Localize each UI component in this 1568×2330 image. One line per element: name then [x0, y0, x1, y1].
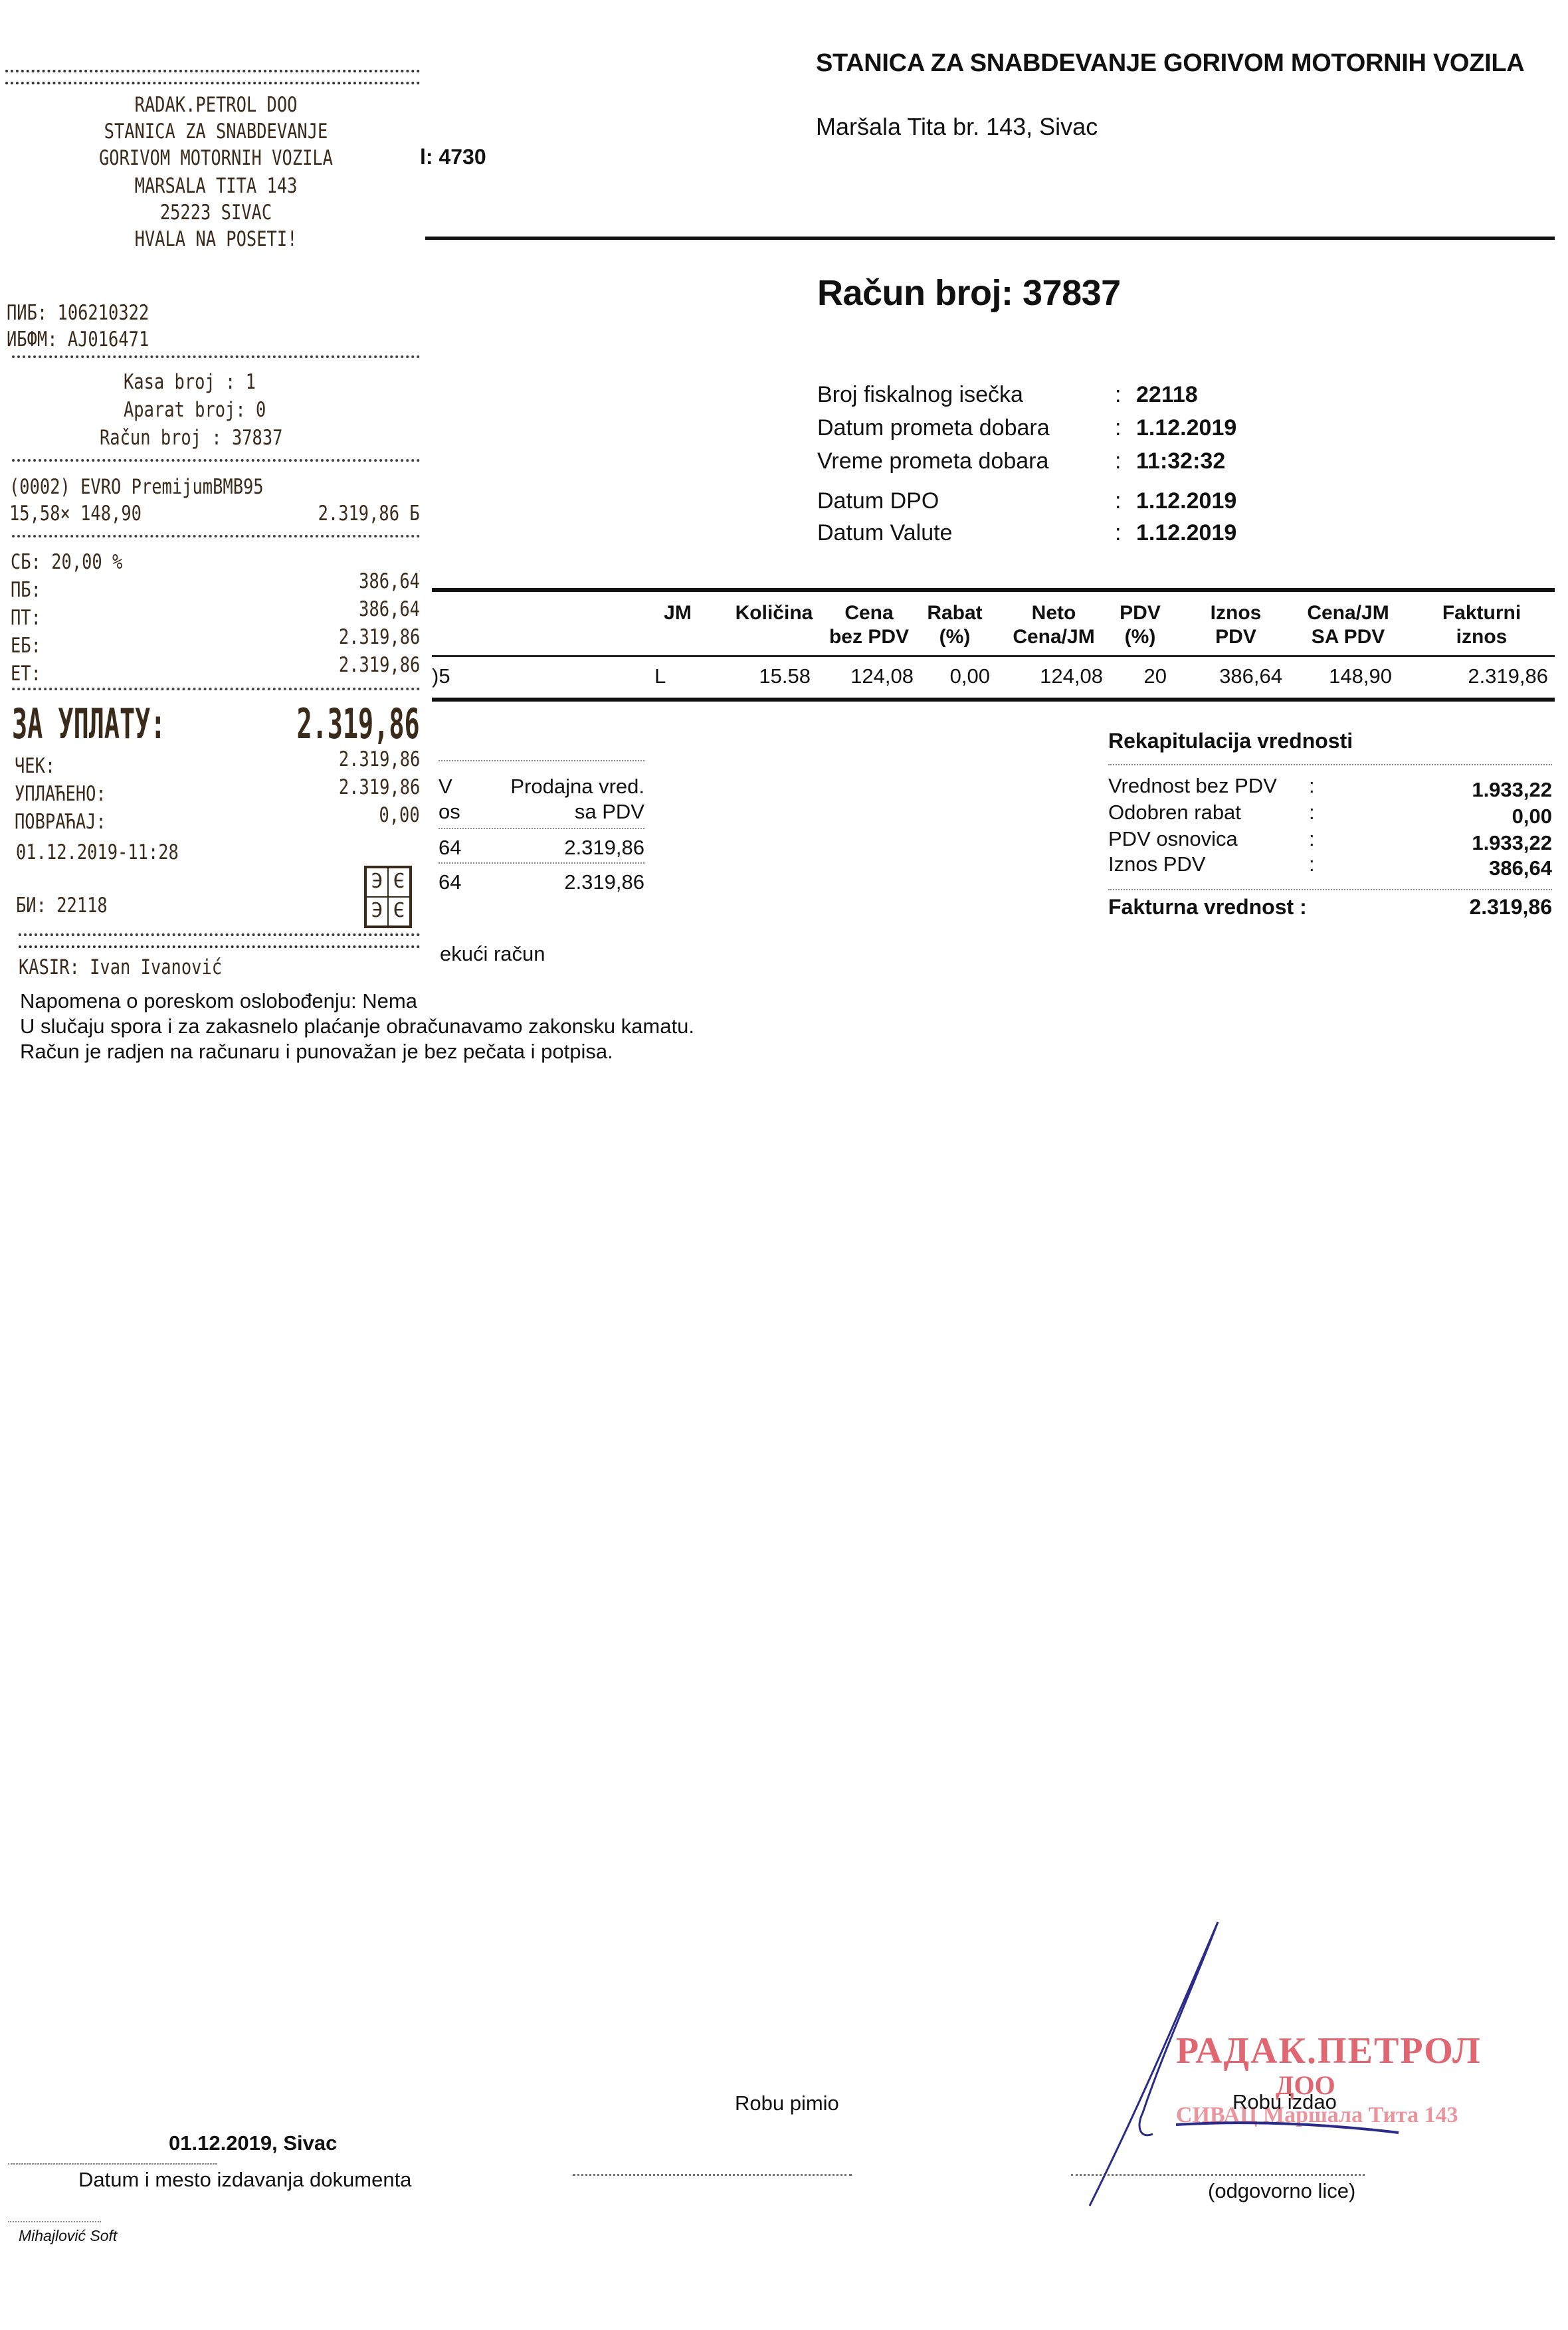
col-header-invoice-amount: Fakturniiznos — [1428, 601, 1535, 649]
receipt-total-label: ЕТ: — [11, 662, 41, 686]
recap-top-rule — [1108, 764, 1552, 765]
recap-value: 1.933,22 — [1472, 778, 1552, 802]
received-by-line — [573, 2174, 852, 2176]
meta-value: 22118 — [1136, 382, 1198, 408]
cell-net-price: 124,08 — [1003, 664, 1103, 688]
col-header-jm: JM — [658, 601, 698, 625]
tax-summary-top-rule — [439, 760, 644, 761]
receipt-fiscal-slip-no: БИ: 22118 — [16, 894, 108, 918]
received-by-label: Robu pimio — [735, 2091, 839, 2115]
receipt-to-pay-label: ЗА УПЛАТУ: — [12, 700, 165, 748]
receipt-divider — [12, 535, 420, 537]
receipt-payment-value: 2.319,86 — [339, 775, 420, 799]
meta-value: 1.12.2019 — [1136, 520, 1236, 546]
receipt-payment-value: 0,00 — [379, 803, 420, 827]
meta-label: Vreme prometa dobara — [817, 448, 1048, 474]
col-header-discount: Rabat(%) — [918, 601, 991, 649]
tax-row-fragment: 64 — [439, 870, 461, 894]
receipt-number: Račun broj : 37837 — [100, 426, 282, 450]
cell-price-inc-vat: 148,90 — [1309, 664, 1392, 688]
recap-label: Iznos PDV — [1108, 852, 1205, 876]
sales-value-header-line2: sa PDV — [575, 799, 644, 825]
receipt-header-line: GORIVOM MOTORNIH VOZILA — [39, 146, 393, 170]
receipt-header-line: 25223 SIVAC — [39, 201, 393, 225]
receipt-header-line: HVALA NA POSETI! — [39, 227, 393, 251]
cell-qty: 15.58 — [731, 664, 811, 688]
tax-header-fragment-2: os — [439, 799, 460, 825]
receipt-header-line: RADAK.PETROL DOO — [39, 93, 393, 117]
receipt-payment-value: 2.319,86 — [339, 747, 420, 771]
tax-summary-header-rule — [439, 828, 644, 829]
recap-total-row: Fakturna vrednost : 2.319,86 — [1108, 895, 1552, 920]
col-header-net-price: NetoCena/JM — [1007, 601, 1100, 649]
meta-label: Datum DPO — [817, 488, 939, 514]
receipt-datetime: 01.12.2019-11:28 — [16, 840, 179, 864]
table-top-border — [432, 588, 1555, 592]
recap-separator: : — [1309, 827, 1315, 851]
meta-value: 1.12.2019 — [1136, 415, 1236, 441]
recap-row-discount: Odobren rabat : 0,00 — [1108, 801, 1552, 826]
col-header-vat-amount: IznosPDV — [1196, 601, 1276, 649]
receipt-header-line: MARSALA TITA 143 — [39, 174, 393, 198]
recap-separator: : — [1309, 801, 1315, 825]
receipt-total-label: ПТ: — [11, 606, 41, 630]
recap-row-vat-amount: Iznos PDV : 386,64 — [1108, 852, 1552, 878]
col-header-qty: Količina — [728, 601, 821, 625]
receipt-total-value: 2.319,86 — [339, 653, 420, 677]
tax-row-value: 2.319,86 — [564, 870, 644, 894]
invoice-title: Račun broj: 37837 — [817, 272, 1121, 314]
meta-label: Broj fiskalnog isečka — [817, 382, 1023, 408]
receipt-total-value: 2.319,86 — [339, 625, 420, 649]
receipt-total-label: ПБ: — [11, 578, 41, 602]
table-bottom-border — [432, 698, 1555, 702]
recap-total-label: Fakturna vrednost : — [1108, 895, 1307, 919]
receipt-to-pay-value: 2.319,86 — [297, 700, 420, 748]
receipt-total-value: 386,64 — [359, 569, 420, 593]
cell-jm: L — [654, 664, 681, 688]
recap-value: 0,00 — [1512, 805, 1552, 828]
meta-separator: : — [1115, 448, 1121, 474]
col-header-vat-rate: PDV(%) — [1114, 601, 1167, 649]
recap-label: Vrednost bez PDV — [1108, 774, 1277, 798]
issue-date-place: 01.12.2019, Sivac — [169, 2131, 337, 2155]
recap-total-value: 2.319,86 — [1469, 895, 1552, 920]
recap-row-vat-base: PDV osnovica : 1.933,22 — [1108, 827, 1552, 852]
recap-separator: : — [1309, 852, 1315, 876]
meta-separator: : — [1115, 520, 1121, 546]
meta-separator: : — [1115, 488, 1121, 514]
receipt-divider — [12, 355, 420, 358]
meta-separator: : — [1115, 415, 1121, 441]
note-validity: Račun je radjen na računaru i punovažan … — [20, 1039, 694, 1064]
cell-discount: 0,00 — [917, 664, 990, 688]
header-divider — [425, 237, 1555, 240]
tax-row-value: 2.319,86 — [564, 836, 644, 860]
receipt-bottom-border — [19, 933, 420, 948]
receipt-item-total: 2.319,86 Б — [318, 502, 420, 526]
table-header-border — [432, 655, 1555, 657]
sales-value-header-line1: Prodajna vred. — [510, 774, 644, 799]
tax-summary-row-rule — [439, 862, 644, 864]
receipt-total-value: 386,64 — [359, 597, 420, 621]
receipt-divider — [12, 688, 420, 690]
recap-title: Rekapitulacija vrednosti — [1108, 729, 1353, 753]
col-header-price-inc-vat: Cena/JMSA PDV — [1298, 601, 1398, 649]
company-address: Maršala Tita br. 143, Sivac — [816, 113, 1098, 141]
receipt-payment-label: УПЛАЋЕНО: — [15, 782, 106, 806]
receipt-device-no: Aparat broj: 0 — [124, 398, 266, 422]
receipt-ibfm: ИБФМ: AJ016471 — [7, 328, 149, 351]
receipt-item-qty-price: 15,58× 148,90 — [9, 502, 142, 526]
signature-icon — [1063, 1900, 1568, 2219]
receipt-header-line: STANICA ZA SNABDEVANJE — [39, 120, 393, 144]
receipt-tax-rate: СБ: 20,00 % — [11, 550, 122, 574]
tax-header-fragment-1: V — [439, 774, 452, 799]
recap-value: 1.933,22 — [1472, 831, 1552, 855]
receipt-total-label: ЕБ: — [11, 634, 41, 658]
issue-date-rule-full — [8, 2163, 217, 2165]
payment-method-fragment: ekući račun — [440, 942, 545, 966]
software-rule — [8, 2221, 101, 2222]
software-credit: Mihajlović Soft — [19, 2227, 117, 2245]
company-name: STANICA ZA SNABDEVANJE GORIVOM MOTORNIH … — [816, 48, 1533, 78]
receipt-register-no: Kasa broj : 1 — [124, 370, 256, 394]
fiscal-logo-icon: Э Є Э Є — [364, 866, 412, 928]
meta-label: Datum Valute — [817, 520, 952, 546]
receipt-pib: ПИБ: 106210322 — [7, 301, 149, 325]
recap-label: Odobren rabat — [1108, 801, 1241, 825]
item-name-fragment: )5 — [432, 664, 452, 688]
recap-label: PDV osnovica — [1108, 827, 1238, 851]
meta-value: 11:32:32 — [1136, 448, 1225, 474]
cell-vat-rate: 20 — [1127, 664, 1167, 688]
cell-vat-amount: 386,64 — [1183, 664, 1282, 688]
meta-separator: : — [1115, 382, 1121, 408]
meta-label: Datum prometa dobara — [817, 415, 1050, 441]
receipt-top-border — [5, 70, 420, 84]
tax-row-fragment: 64 — [439, 836, 461, 860]
receipt-cashier: KASIR: Ivan Ivanović — [19, 955, 222, 979]
receipt-payment-label: ПОВРАЋАЈ: — [15, 810, 106, 834]
fiscal-receipt: RADAK.PETROL DOO STANICA ZA SNABDEVANJE … — [0, 63, 432, 1020]
recap-row-value-ex-vat: Vrednost bez PDV : 1.933,22 — [1108, 774, 1552, 799]
receipt-payment-label: ЧЕК: — [15, 754, 55, 778]
cell-price-ex-vat: 124,08 — [817, 664, 914, 688]
recap-total-rule — [1108, 889, 1552, 890]
recap-value: 386,64 — [1489, 856, 1552, 880]
receipt-item-name: (0002) EVRO PremijumBMB95 — [9, 475, 264, 499]
meta-value: 1.12.2019 — [1136, 488, 1236, 514]
receipt-divider — [12, 459, 420, 462]
recap-separator: : — [1309, 774, 1315, 798]
cell-invoice-amount: 2.319,86 — [1435, 664, 1548, 688]
issue-date-caption: Datum i mesto izdavanja dokumenta — [78, 2168, 411, 2192]
col-header-price-ex-vat: Cenabez PDV — [823, 601, 916, 649]
